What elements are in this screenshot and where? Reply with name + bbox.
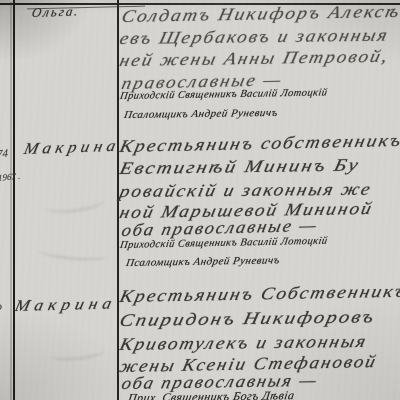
record-line: евъ Щербаковъ и законныя — [118, 25, 392, 49]
margin-note: 1967 . — [0, 171, 20, 183]
table-divider-margin — [13, 0, 15, 400]
record-line: Крестьянинъ собственникъ — [118, 130, 400, 157]
baptismal-name: Макрина — [22, 138, 121, 159]
register-page-scan: 74 1967 . о Ольга. Макрина Макрина Солда… — [0, 0, 400, 400]
baptismal-name: Макрина — [13, 295, 118, 316]
ink-showthrough — [37, 242, 108, 263]
record-line: Спиридонъ Никифоровъ — [118, 306, 378, 331]
clergy-line: Приходскій Священникъ Василій Лотоцкій — [119, 87, 328, 102]
margin-note: 74 — [0, 147, 8, 161]
record-line: Евстигнѣй Мининъ Бу — [118, 154, 363, 179]
baptismal-name: Ольга. — [31, 3, 82, 21]
clergy-line: Псаломщикъ Андрей Руневичъ — [125, 255, 280, 269]
ink-showthrough — [49, 342, 105, 363]
ink-showthrough — [44, 191, 106, 216]
record-line: ней жены Анны Петровой, — [118, 46, 392, 71]
record-line: Крестьянинъ Собственникъ — [118, 281, 400, 307]
record-line: Солдатъ Никифоръ Алексѣ — [120, 1, 400, 27]
clergy-line: Псаломщикъ Андрей Руневичъ — [123, 108, 278, 121]
record-column: Солдатъ Никифоръ Алексѣ евъ Щербаковъ и … — [120, 0, 400, 400]
clergy-line: Прих. Священникъ Богъ Дѣвіа — [127, 388, 296, 400]
margin-note: о — [0, 299, 2, 314]
